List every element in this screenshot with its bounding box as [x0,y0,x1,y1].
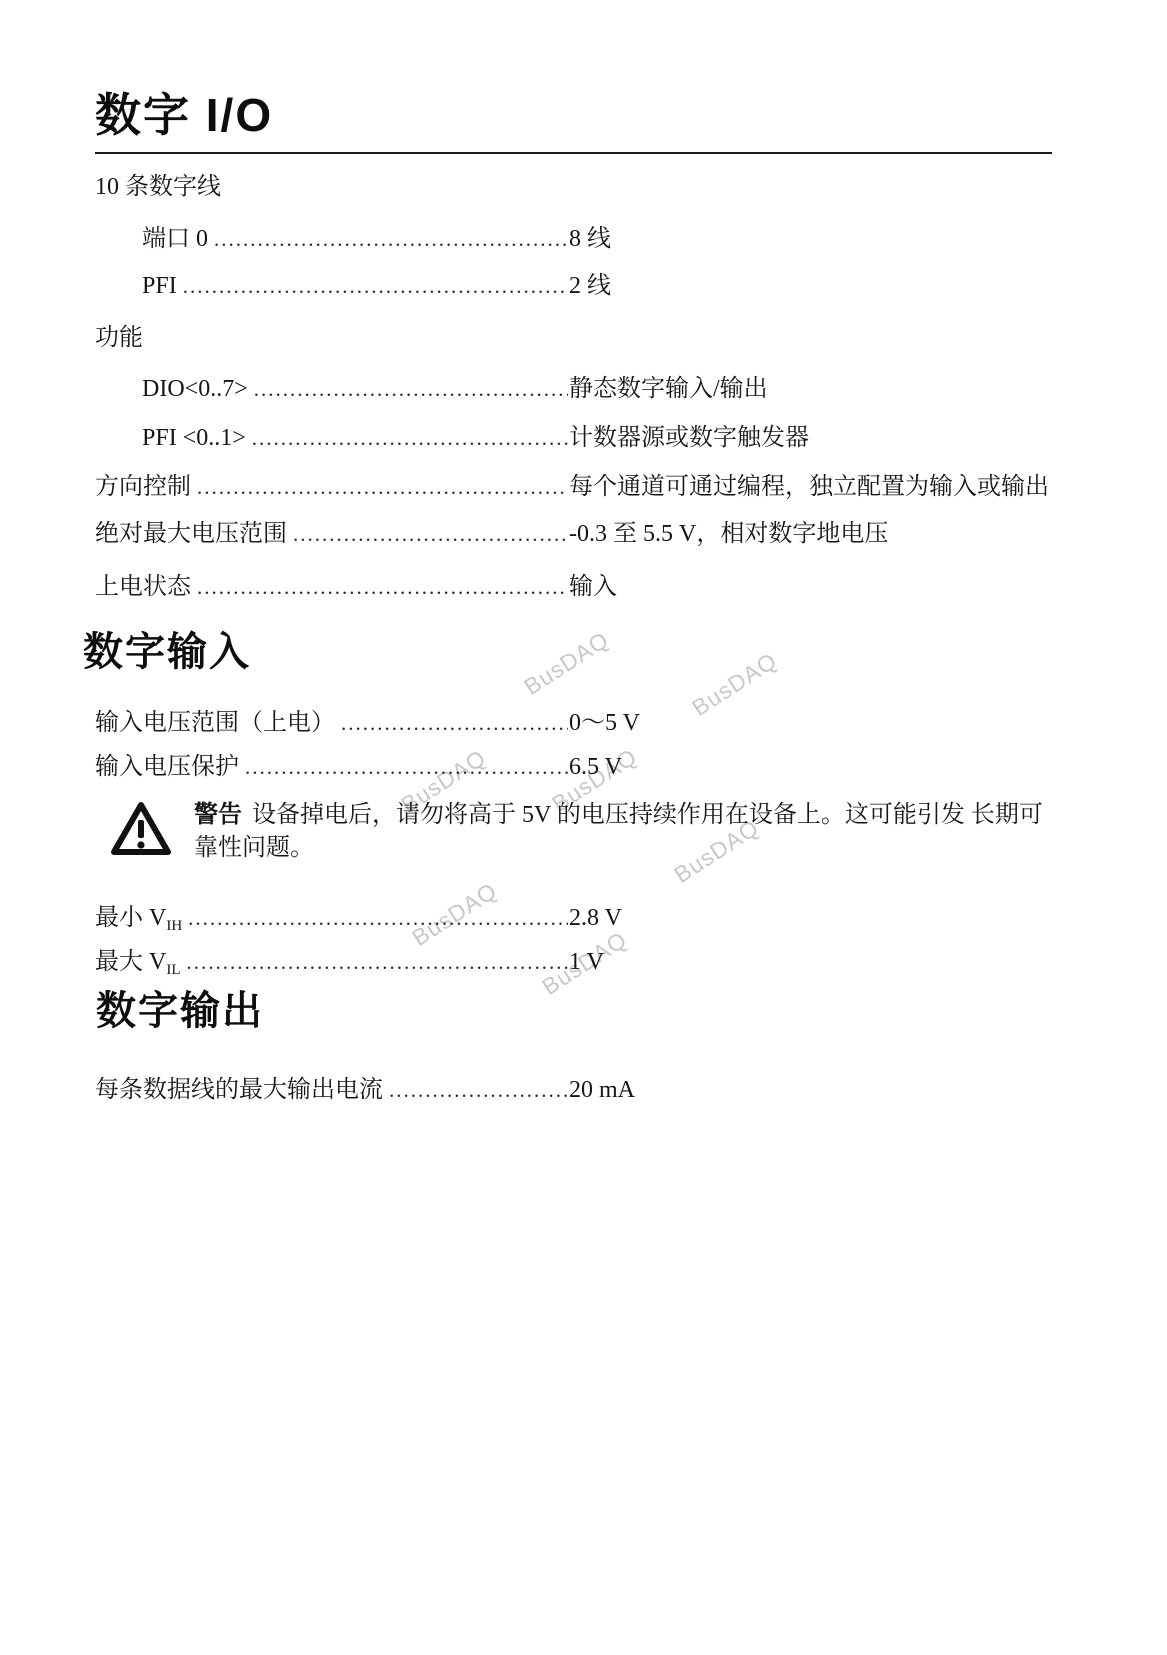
spec-row-max-vil: 最大 VIL 1 V [95,947,1075,977]
spec-label: DIO<0..7> [142,374,248,404]
leader: 输入电压保护 [95,752,568,782]
dot-leader [197,572,568,602]
spec-row-dio: DIO<0..7> 静态数字输入/输出 [95,374,1075,404]
spec-label: 端口 0 [142,224,208,254]
leader: PFI <0..1> [95,423,568,453]
spec-label: 最小 VIH [95,903,182,933]
dot-leader [214,224,568,254]
spec-label: 功能 [95,323,143,353]
spec-row-max-output-current: 每条数据线的最大输出电流 20 mA [95,1075,1075,1105]
leader: 方向控制 [95,472,568,502]
spec-value: 6.5 V [568,752,622,782]
spec-value: -0.3 至 5.5 V，相对数字地电压 [568,519,888,549]
spec-value: 0～5 V [568,708,640,738]
spec-value: 8 线 [568,224,611,254]
spec-label: 最大 VIL [95,947,181,977]
dot-leader [293,519,568,549]
spec-row-power-on-state: 上电状态 输入 [95,572,1075,602]
spec-label: 输入电压保护 [95,752,239,782]
spec-row-min-vih: 最小 VIH 2.8 V [95,903,1075,933]
spec-value: 2 线 [568,271,611,301]
spec-row-function-group: 功能 [95,323,1075,353]
document-page: BusDAQ BusDAQ BusDAQ BusDAQ BusDAQ BusDA… [0,0,1167,1655]
warning-triangle-icon [110,800,172,863]
page-content: 数字 I/O 10 条数字线 端口 0 8 线 PFI 2 线 功能 DIO< [95,0,1075,1105]
spec-value: 输入 [568,572,617,602]
warning-note: 警告设备掉电后，请勿将高于 5V 的电压持续作用在设备上。这可能引发 长期可靠性… [110,798,1055,865]
leader: 输入电压范围（上电） [95,708,568,738]
spec-value: 计数器源或数字触发器 [568,423,809,453]
spec-row-pfi-lines: PFI 2 线 [95,271,1075,301]
spec-row-pfi-function: PFI <0..1> 计数器源或数字触发器 [95,423,1075,453]
warning-text: 警告设备掉电后，请勿将高于 5V 的电压持续作用在设备上。这可能引发 长期可靠性… [194,798,1055,865]
dot-leader [254,374,568,404]
spec-label: 每条数据线的最大输出电流 [95,1075,383,1105]
dot-leader [245,752,568,782]
v-subscript: IL [166,962,180,977]
warning-body: 设备掉电后，请勿将高于 5V 的电压持续作用在设备上。这可能引发 长期可靠性问题… [194,802,1043,861]
spec-row-input-voltage-range: 输入电压范围（上电） 0～5 V [95,708,1075,738]
spec-label: PFI [142,271,177,301]
spec-row-direction-control: 方向控制 每个通道可通过编程，独立配置为输入或输出 [95,472,1075,502]
dot-leader [389,1075,568,1105]
spec-value: 2.8 V [568,903,622,933]
leader: 最大 VIL [95,947,568,977]
leader: 每条数据线的最大输出电流 [95,1075,568,1105]
spec-row-digital-lines-total: 10 条数字线 [95,172,1075,202]
section-heading-digital-output: 数字输出 [96,989,1075,1033]
dot-leader [252,423,568,453]
spec-label: PFI <0..1> [142,423,246,453]
spec-label: 上电状态 [95,572,191,602]
dot-leader [187,947,568,977]
spec-label: 绝对最大电压范围 [95,519,287,549]
leader: 最小 VIH [95,903,568,933]
spec-label: 方向控制 [95,472,191,502]
dot-leader [197,472,568,502]
v-subscript: IH [166,918,182,933]
title-rule [95,152,1052,154]
section-heading-digital-input: 数字输入 [83,630,1075,674]
spec-value: 1 V [568,947,604,977]
leader: DIO<0..7> [95,374,568,404]
warning-label: 警告 [194,801,242,828]
spec-value: 每个通道可通过编程，独立配置为输入或输出 [568,472,1049,502]
spec-value: 静态数字输入/输出 [568,374,768,404]
leader: 绝对最大电压范围 [95,519,568,549]
dot-leader [188,903,568,933]
dot-leader [341,708,568,738]
dot-leader [183,271,568,301]
spec-label: 输入电压范围（上电） [95,708,335,738]
leader: 端口 0 [95,224,568,254]
spec-row-input-voltage-protection: 输入电压保护 6.5 V [95,752,1075,782]
leader: PFI [95,271,568,301]
spec-value: 20 mA [568,1075,635,1105]
spec-label: 10 条数字线 [95,172,221,202]
spec-row-port0: 端口 0 8 线 [95,224,1075,254]
page-title: 数字 I/O [95,90,1075,140]
spec-row-abs-max-voltage: 绝对最大电压范围 -0.3 至 5.5 V，相对数字地电压 [95,519,1075,549]
leader: 上电状态 [95,572,568,602]
